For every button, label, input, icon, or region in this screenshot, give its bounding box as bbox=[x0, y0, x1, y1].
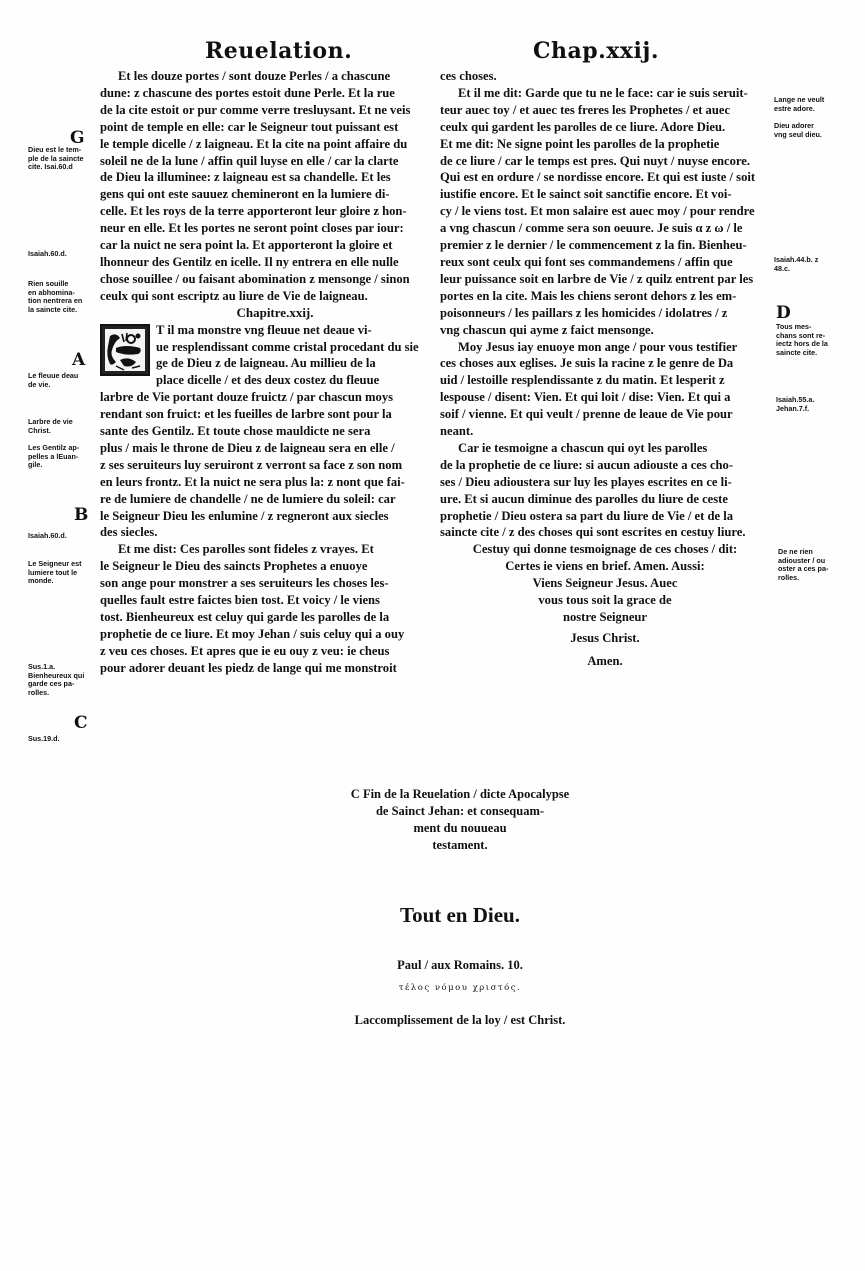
margin-note: Lange ne veult estre adore. bbox=[774, 96, 854, 113]
margin-note: Isaiah.55.a. Jehan.7.f. bbox=[776, 396, 856, 413]
text-line: plus / mais le throne de Dieu z de laign… bbox=[100, 440, 430, 457]
text-line: point de temple en elle: car le Seigneur… bbox=[100, 119, 430, 136]
text-line: le Seigneur Dieu les enlumine / z regner… bbox=[100, 508, 430, 525]
running-head-right: Chap.xxij. bbox=[533, 38, 659, 64]
margin-note: Le fleuue deau de vie. bbox=[28, 372, 94, 389]
text-line: z veu ces choses. Et apres que ie eu ouy… bbox=[100, 643, 430, 660]
text-line: des siecles. bbox=[100, 524, 430, 541]
text-line: leur puissance soit en larbre de Vie / z… bbox=[440, 271, 770, 288]
text-line: uid / lestoille resplendissante z du mat… bbox=[440, 372, 770, 389]
text-line: Et les douze portes / sont douze Perles … bbox=[100, 68, 430, 85]
text-line: ure. Et si aucun diminue des parolles du… bbox=[440, 491, 770, 508]
text-line: soleil ne de la lune / affin quil luyse … bbox=[100, 153, 430, 170]
text-line: dune: z chascune des portes estoit dune … bbox=[100, 85, 430, 102]
book-page: Reuelation. Chap.xxij. Et les douze port… bbox=[0, 0, 865, 1271]
text-line: prophetie / Dieu ostera sa part du liure… bbox=[440, 508, 770, 525]
colophon-line: C Fin de la Reuelation / dicte Apocalyps… bbox=[250, 786, 670, 803]
section-letter-d: D bbox=[776, 303, 791, 323]
section-letter-a: A bbox=[72, 350, 85, 370]
text-line: larbre de Vie portant douze fruictz / pa… bbox=[100, 389, 430, 406]
text-line: lespouse / disent: Vien. Et qui loit / d… bbox=[440, 389, 770, 406]
text-line: son ange pour monstrer a ses seruiteurs … bbox=[100, 575, 430, 592]
text-line: iustifie encore. Et le sainct soit sanct… bbox=[440, 186, 770, 203]
margin-note: Rien souille en abhomina- tion nentrera … bbox=[28, 280, 94, 314]
text-line: cy / le viens tost. Et mon salaire est a… bbox=[440, 203, 770, 220]
text-line: de la cite estoit or pur comme verre tre… bbox=[100, 102, 430, 119]
margin-note: Isaiah.60.d. bbox=[28, 250, 94, 259]
text-line: sante des Gentilz. Et toute chose mauldi… bbox=[100, 423, 430, 440]
scripture-reference: Paul / aux Romains. 10. bbox=[250, 958, 670, 973]
closing-line: Amen. bbox=[440, 653, 770, 670]
text-line: Moy Jesus iay enuoye mon ange / pour vou… bbox=[440, 339, 770, 356]
margin-note: Larbre de vie Christ. bbox=[28, 418, 94, 435]
text-line: teur auec toy / et auec tes freres les P… bbox=[440, 102, 770, 119]
text-line: z ses seruiteurs luy seruiront z verront… bbox=[100, 457, 430, 474]
text-line: lhonneur des Gentilz en icelle. Il ny en… bbox=[100, 254, 430, 271]
text-line: le Seigneur le Dieu des saincts Prophete… bbox=[100, 558, 430, 575]
motto: Tout en Dieu. bbox=[250, 903, 670, 928]
text-line: ces choses. bbox=[440, 68, 770, 85]
text-line: soif / vienne. Et qui veult / prenne de … bbox=[440, 406, 770, 423]
text-line: prophetie de ce liure. Et moy Jehan / su… bbox=[100, 626, 430, 643]
margin-note: Le Seigneur est lumiere tout le monde. bbox=[28, 560, 94, 586]
text-line: a vng chascun / comme sera son oeuure. J… bbox=[440, 220, 770, 237]
text-line: re de lumiere de chandelle / ne de lumie… bbox=[100, 491, 430, 508]
text-line: Car ie tesmoigne a chascun qui oyt les p… bbox=[440, 440, 770, 457]
text-line: celle. Et les roys de la terre apportero… bbox=[100, 203, 430, 220]
margin-note: Dieu adorer vng seul dieu. bbox=[774, 122, 854, 139]
text-line: gens qui ont este sauuez chemineront en … bbox=[100, 186, 430, 203]
colophon-end: C Fin de la Reuelation / dicte Apocalyps… bbox=[250, 786, 670, 854]
translation-gloss: Laccomplissement de la loy / est Christ. bbox=[250, 1013, 670, 1028]
text-line: en leurs frontz. Et la nuict ne sera plu… bbox=[100, 474, 430, 491]
greek-quotation: τέλος νόμου χριστός. bbox=[250, 983, 670, 993]
text-line: pour adorer deuant les piedz de lange qu… bbox=[100, 660, 430, 677]
closing-line: Viens Seigneur Jesus. Auec bbox=[440, 575, 770, 592]
text-line: vng chascun qui ayme z faict mensonge. bbox=[440, 322, 770, 339]
margin-note: Les Gentilz ap- pelles a lEuan- gile. bbox=[28, 444, 94, 470]
chapter-heading: Chapitre.xxij. bbox=[100, 305, 430, 322]
margin-note: Sus.19.d. bbox=[28, 735, 94, 744]
text-line: ses / Dieu adioustera sur luy les playes… bbox=[440, 474, 770, 491]
text-line: saincte cite / z des choses qui sont esc… bbox=[440, 524, 770, 541]
text-line: car la nuict ne sera point la. Et apport… bbox=[100, 237, 430, 254]
woodcut-initial-icon bbox=[100, 324, 150, 376]
text-line: Qui est en ordure / se nordisse encore. … bbox=[440, 169, 770, 186]
colophon-line: ment du nouueau bbox=[250, 820, 670, 837]
text-line: portes en la cite. Mais les chiens seron… bbox=[440, 288, 770, 305]
text-line: neur en elle. Et les portes ne seront po… bbox=[100, 220, 430, 237]
closing-line: vous tous soit la grace de bbox=[440, 592, 770, 609]
text-line: ceulx qui gardent les parolles de ce liu… bbox=[440, 119, 770, 136]
text-line: quelles fault estre faictes bien tost. E… bbox=[100, 592, 430, 609]
text-line: Et me dist: Ces parolles sont fideles z … bbox=[100, 541, 430, 558]
text-line: de Dieu la illuminee: z laigneau est sa … bbox=[100, 169, 430, 186]
text-line: T il ma monstre vng fleuue net deaue vi- bbox=[156, 322, 430, 339]
text-line: de la prophetie de ce liure: si aucun ad… bbox=[440, 457, 770, 474]
closing-line: nostre Seigneur bbox=[440, 609, 770, 626]
margin-note: De ne rien adiouster / ou oster a ces pa… bbox=[778, 548, 858, 582]
text-line: premier z le dernier / le commencement z… bbox=[440, 237, 770, 254]
margin-note: Tous mes- chans sont re- iectz hors de l… bbox=[776, 323, 856, 357]
right-text-column: ces choses. Et il me dit: Garde que tu n… bbox=[440, 68, 770, 670]
text-line: reux sont ceulx qui font ses commandemen… bbox=[440, 254, 770, 271]
section-letter-b: B bbox=[74, 505, 88, 525]
text-line: tost. Bienheureux est celuy qui garde le… bbox=[100, 609, 430, 626]
text-line: de ce liure / car le temps est pres. Qui… bbox=[440, 153, 770, 170]
text-line: chose souillee / ou faisant abomination … bbox=[100, 271, 430, 288]
section-letter-c: C bbox=[74, 713, 88, 733]
margin-note: Isaiah.60.d. bbox=[28, 532, 94, 541]
text-line: ge de Dieu z de laigneau. Au millieu de … bbox=[156, 355, 430, 372]
text-line: le temple dicelle / z laigneau. Et la ci… bbox=[100, 136, 430, 153]
text-line: Et me dit: Ne signe point les parolles d… bbox=[440, 136, 770, 153]
text-line: rendant son fruict: et les fueilles de l… bbox=[100, 406, 430, 423]
left-text-column: Et les douze portes / sont douze Perles … bbox=[100, 68, 430, 677]
closing-line: Certes ie viens en brief. Amen. Aussi: bbox=[440, 558, 770, 575]
colophon-line: testament. bbox=[250, 837, 670, 854]
colophon-line: de Sainct Jehan: et consequam- bbox=[250, 803, 670, 820]
margin-note: Isaiah.44.b. z 48.c. bbox=[774, 256, 854, 273]
decorated-letter-e-icon bbox=[102, 326, 148, 374]
text-line: ue resplendissant comme cristal procedan… bbox=[156, 339, 430, 356]
margin-note: Sus.1.a. Bienheureux qui garde ces pa- r… bbox=[28, 663, 94, 697]
text-line: place dicelle / et des deux costez du fl… bbox=[156, 372, 430, 389]
closing-line: Jesus Christ. bbox=[440, 630, 770, 647]
margin-note: Dieu est le tem- ple de la saincte cite.… bbox=[28, 146, 94, 172]
text-line: Et il me dit: Garde que tu ne le face: c… bbox=[440, 85, 770, 102]
closing-line: Cestuy qui donne tesmoignage de ces chos… bbox=[440, 541, 770, 558]
text-line: ceulx qui sont escriptz au liure de Vie … bbox=[100, 288, 430, 305]
text-line: ces choses aux eglises. Je suis la racin… bbox=[440, 355, 770, 372]
text-line: neant. bbox=[440, 423, 770, 440]
initial-paragraph: T il ma monstre vng fleuue net deaue vi-… bbox=[100, 322, 430, 390]
text-line: poisonneurs / les paillars z les homicid… bbox=[440, 305, 770, 322]
running-head-left: Reuelation. bbox=[205, 38, 352, 64]
